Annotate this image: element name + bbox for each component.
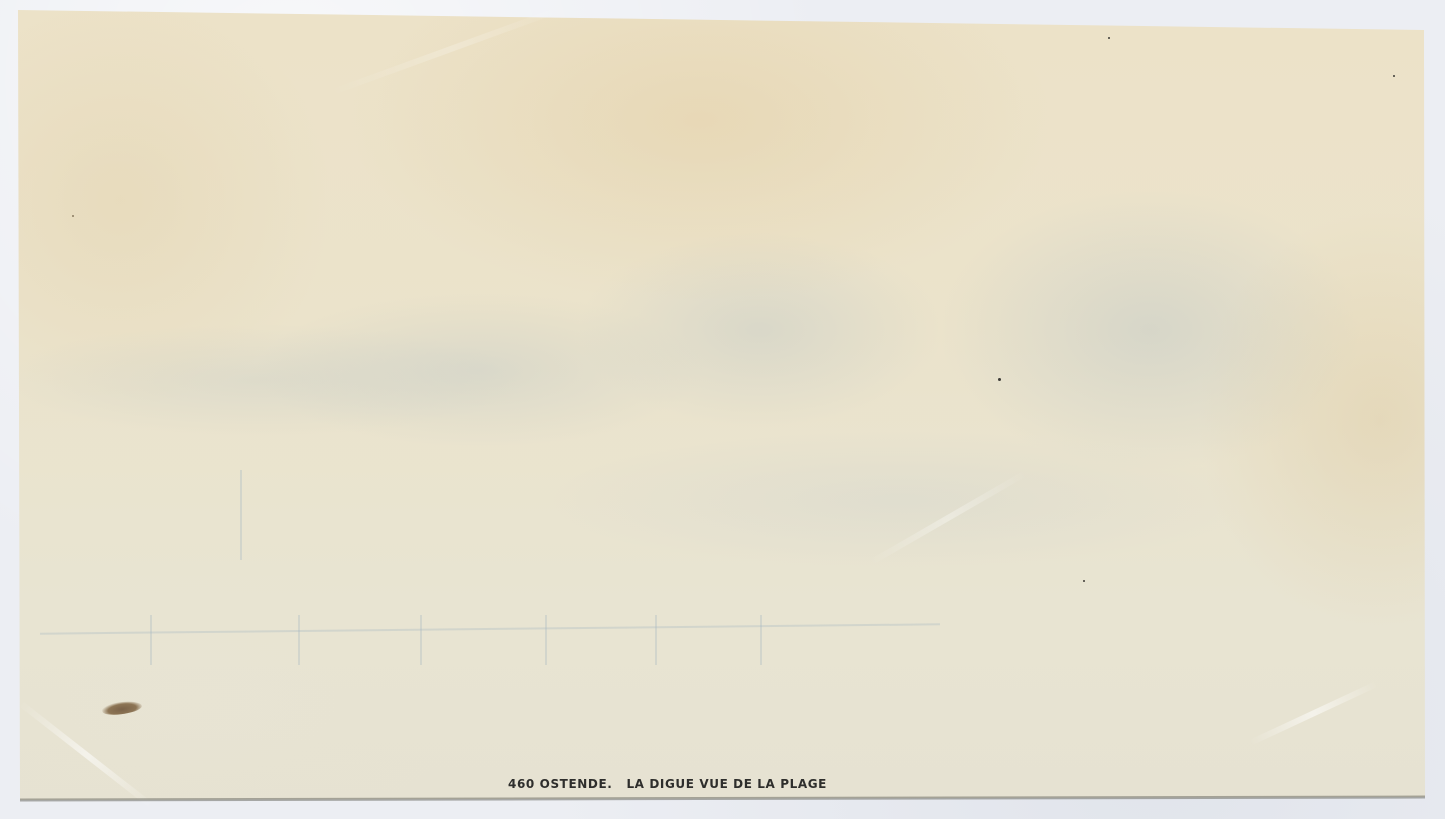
paper-speck [1108, 37, 1110, 39]
paper-speck [1083, 580, 1085, 582]
caption-title: LA DIGUE VUE DE LA PLAGE [626, 777, 827, 791]
caption-number: 460 [508, 777, 535, 791]
paper-speck [72, 215, 74, 217]
paper-speck [1393, 75, 1395, 77]
paper-speck [998, 378, 1001, 381]
postcard-caption: 460 OSTENDE.LA DIGUE VUE DE LA PLAGE [508, 777, 827, 791]
postcard-paper [0, 0, 1445, 819]
caption-place: OSTENDE. [540, 777, 613, 791]
